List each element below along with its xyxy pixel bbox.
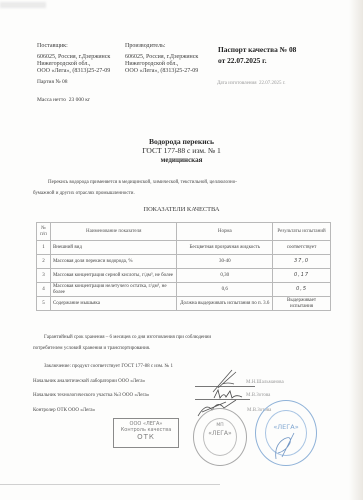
row-num: 5 — [37, 297, 51, 311]
row-norm: 30-40 — [177, 255, 273, 269]
row-name: Массовая концентрация серной кислоты, г/… — [50, 269, 176, 283]
manufacture-date-field: Дата изготовления 22.07.2025 г. — [217, 81, 286, 87]
row-norm: Должна выдерживать испытания по п. 3.6 — [177, 297, 273, 311]
row-name: Внешний вид — [50, 241, 176, 255]
row-num: 1 — [37, 241, 51, 255]
page-edge-shadow — [349, 0, 363, 500]
row-result-handwritten: 0,5 — [273, 283, 331, 297]
row-name: Содержание мышьяка — [50, 297, 176, 311]
supplier-address-line1: 606025, Россия, г.Дзержинск — [37, 54, 110, 61]
product-standard: ГОСТ 177-88 с изм. № 1 — [0, 146, 363, 155]
supplier-address-line2: Нижегородской обл., — [37, 61, 90, 68]
batch-field: Партия № 08 — [37, 79, 67, 86]
supplier-label: Поставщик: — [37, 43, 68, 50]
manufacturer-address-line1: 606025, Россия, г.Дзержинск — [125, 54, 198, 61]
signature-over-stamp — [272, 431, 298, 461]
manufacture-date-label: Дата изготовления — [217, 81, 257, 86]
supplier-address-line3: ООО «Лега», (8313)25-27-09 — [37, 68, 110, 75]
header-name: Наименование показателя — [50, 223, 176, 241]
product-name: Водорода перекись — [0, 137, 363, 146]
passport-date: от 22.07.2025 г. — [218, 56, 267, 65]
row-norm: 0,6 — [177, 283, 273, 297]
description-line1: Перекись водорода применяется в медицинс… — [48, 180, 237, 186]
round-stamp-blue: «ЛЕГА» — [255, 400, 317, 466]
row-result: соответствует — [273, 241, 331, 255]
row-result-handwritten: 37,0 — [273, 255, 331, 269]
bottom-rule — [0, 484, 220, 485]
scan-smudge — [0, 2, 46, 8]
net-mass-label: Масса нетто — [37, 97, 66, 103]
round-stamp-blue-center: «ЛЕГА» — [256, 423, 316, 431]
product-grade: медицинская — [0, 156, 363, 164]
round-stamp-gray-top: МП — [194, 423, 246, 428]
signatory-name-lab: М.Н.Шальманова — [246, 380, 284, 386]
otk-stamp-line3: ОТК — [114, 433, 178, 441]
signatory-role-otk: Контролер ОТК ООО «Лега» — [33, 408, 95, 414]
batch-value: 08 — [62, 79, 68, 85]
round-stamp-gray: МП «ЛЕГА» — [193, 408, 247, 466]
row-name: Массовая доля перекиси водорода, % — [50, 255, 176, 269]
quality-passport-page: Поставщик: 606025, Россия, г.Дзержинск Н… — [0, 0, 363, 500]
warranty-line2: потребителем условий хранения и транспор… — [33, 346, 150, 352]
header-num: № п/п — [37, 223, 51, 241]
header-norm: Норма — [177, 223, 273, 241]
round-stamp-gray-center: «ЛЕГА» — [194, 430, 246, 437]
warranty-line1: Гарантийный срок хранения – 6 месяцев со… — [44, 335, 211, 341]
batch-label: Партия № — [37, 79, 61, 85]
row-result-handwritten: 0,17 — [273, 269, 331, 283]
passport-title: Паспорт качества № 08 — [218, 45, 296, 54]
quality-table: № п/п Наименование показателя Норма Резу… — [36, 222, 331, 311]
manufacturer-address-line2: Нижегородской обл., — [125, 61, 178, 68]
table-row: 4 Массовая концентрация нелетучего остат… — [37, 283, 331, 297]
row-num: 3 — [37, 269, 51, 283]
description-line2: бумажной и других отраслях промышленност… — [33, 191, 135, 197]
row-num: 4 — [37, 283, 51, 297]
net-mass-field: Масса нетто 23 000 кг — [37, 97, 90, 104]
table-row: 3 Массовая концентрация серной кислоты, … — [37, 269, 331, 283]
signatory-role-lab: Начальник аналитической лаборатории ООО … — [33, 379, 145, 385]
row-norm: 0,30 — [177, 269, 273, 283]
table-row: 5 Содержание мышьяка Должна выдерживать … — [37, 297, 331, 311]
table-header-row: № п/п Наименование показателя Норма Резу… — [37, 223, 331, 241]
quality-table-title: ПОКАЗАТЕЛИ КАЧЕСТВА — [0, 206, 363, 213]
manufacturer-address-line3: ООО «Лега», (8313)25-27-09 — [125, 68, 198, 75]
otk-stamp: ООО «ЛЕГА» Контроль качества ОТК — [113, 418, 179, 448]
row-norm: Бесцветная прозрачная жидкость — [177, 241, 273, 255]
row-name: Массовая концентрация нелетучего остатка… — [50, 283, 176, 297]
row-result: Выдерживает испытания — [273, 297, 331, 311]
manufacture-date-value: 22.07.2025 г. — [259, 81, 286, 86]
conclusion: Заключение: продукт соответствует ГОСТ 1… — [44, 364, 173, 370]
row-num: 2 — [37, 255, 51, 269]
net-mass-value: 23 000 кг — [69, 97, 90, 103]
signatory-name-tech: М.В.Зотова — [246, 393, 270, 399]
table-row: 2 Массовая доля перекиси водорода, % 30-… — [37, 255, 331, 269]
manufacturer-label: Производитель: — [125, 43, 165, 50]
signatory-role-tech: Начальник технологического участка №3 ОО… — [33, 393, 149, 399]
table-row: 1 Внешний вид Бесцветная прозрачная жидк… — [37, 241, 331, 255]
header-result: Результаты испытаний — [273, 223, 331, 241]
